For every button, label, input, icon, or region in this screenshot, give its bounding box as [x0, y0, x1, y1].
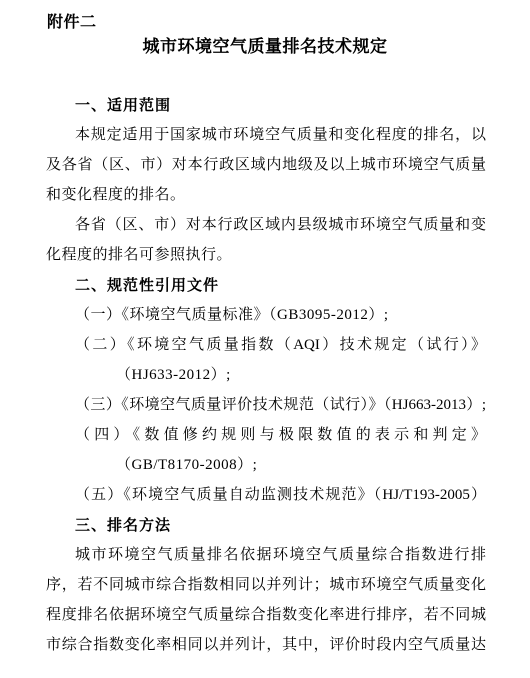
text-line: 序，若不同城市综合指数相同以并列计；城市环境空气质量变化 [46, 570, 486, 600]
document-body: 一、适用范围本规定适用于国家城市环境空气质量和变化程度的排名，以及各省（区、市）… [46, 90, 486, 660]
attachment-label: 附件二 [47, 13, 97, 31]
text-line: 程度排名依据环境空气质量综合指数变化率进行排序，若不同城 [46, 600, 486, 630]
text-line: （一）《环境空气质量标准》（GB3095-2012）; [46, 300, 486, 330]
text-line: 二、规范性引用文件 [46, 270, 486, 300]
text-line: （二）《环境空气质量指数（AQI）技术规定（试行）》 [46, 330, 486, 360]
text-line: 化程度的排名可参照执行。 [46, 240, 486, 270]
text-line: （HJ633-2012）; [46, 360, 486, 390]
text-line: 各省（区、市）对本行政区域内县级城市环境空气质量和变 [46, 210, 486, 240]
text-line: 一、适用范围 [46, 90, 486, 120]
text-line: 本规定适用于国家城市环境空气质量和变化程度的排名，以 [46, 120, 486, 150]
text-line: （GB/T8170-2008）; [46, 450, 486, 480]
text-line: 市综合指数变化率相同以并列计，其中，评价时段内空气质量达 [46, 630, 486, 660]
text-line: 城市环境空气质量排名依据环境空气质量综合指数进行排 [46, 540, 486, 570]
text-line: 和变化程度的排名。 [46, 180, 486, 210]
text-line: 三、排名方法 [46, 510, 486, 540]
text-line: （四）《数值修约规则与极限数值的表示和判定》 [46, 420, 486, 450]
document-page: 附件二 城市环境空气质量排名技术规定 一、适用范围本规定适用于国家城市环境空气质… [0, 0, 530, 678]
text-line: （三）《环境空气质量评价技术规范（试行）》（HJ663-2013）; [46, 390, 486, 420]
document-title: 城市环境空气质量排名技术规定 [0, 38, 530, 58]
text-line: 及各省（区、市）对本行政区域内地级及以上城市环境空气质量 [46, 150, 486, 180]
text-line: （五）《环境空气质量自动监测技术规范》（HJ/T193-2005） [46, 480, 486, 510]
